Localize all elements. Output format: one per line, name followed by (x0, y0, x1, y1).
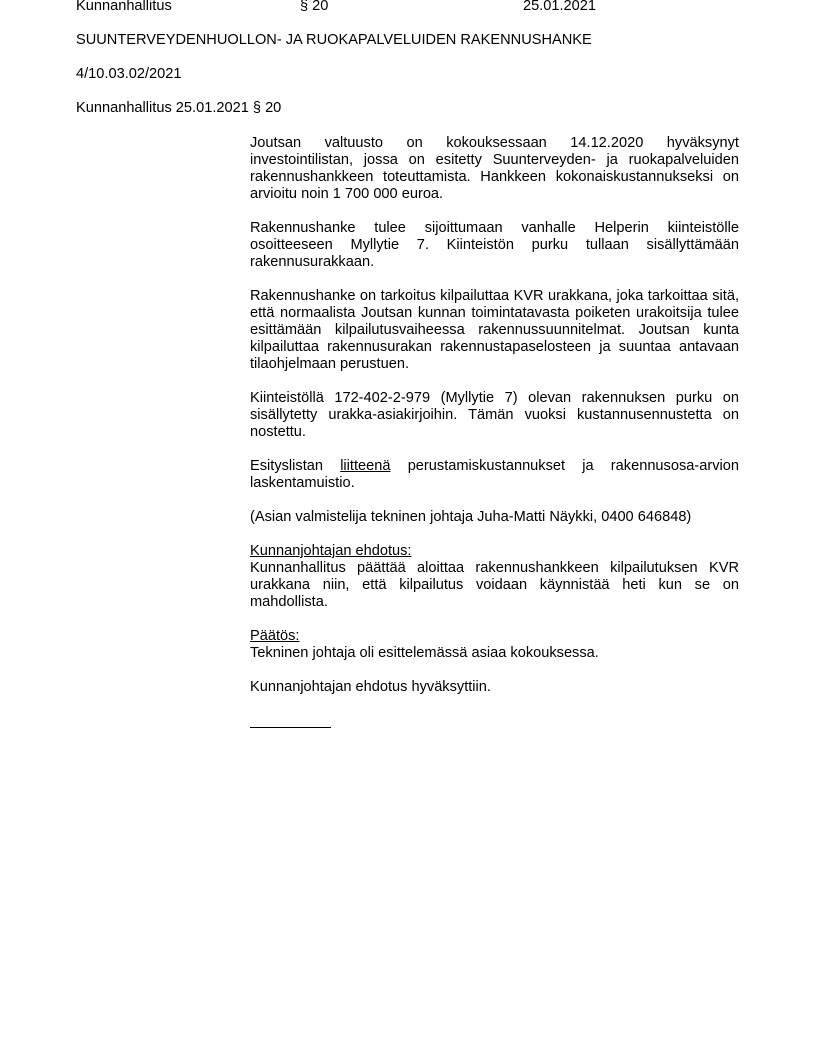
paragraph-location: Rakennushanke tulee sijoittumaan vanhall… (250, 220, 739, 271)
attachment-text-before: Esityslistan (250, 458, 340, 474)
header-date: 25.01.2021 (523, 0, 596, 14)
attachment-link[interactable]: liitteenä (340, 458, 390, 474)
meeting-reference: Kunnanhallitus 25.01.2021 § 20 (76, 100, 281, 116)
paragraph-kvr: Rakennushanke on tarkoitus kilpailuttaa … (250, 288, 739, 373)
document-title: SUUNTERVEYDENHUOLLON- JA RUOKAPALVELUIDE… (76, 32, 592, 48)
paragraph-preparer: (Asian valmistelija tekninen johtaja Juh… (250, 509, 739, 526)
proposal-block: Kunnanjohtajan ehdotus:Kunnanhallitus pä… (250, 543, 739, 611)
diary-number: 4/10.03.02/2021 (76, 66, 182, 82)
decision-result: Kunnanjohtajan ehdotus hyväksyttiin. (250, 679, 739, 696)
decision-text: Tekninen johtaja oli esittelemässä asiaa… (250, 645, 599, 661)
decision-block: Päätös:Tekninen johtaja oli esittelemäss… (250, 628, 739, 662)
paragraph-investment: Joutsan valtuusto on kokouksessaan 14.12… (250, 135, 739, 203)
document-body: Joutsan valtuusto on kokouksessaan 14.12… (250, 135, 739, 733)
paragraph-attachment: Esityslistan liitteenä perustamiskustann… (250, 458, 739, 492)
header-section: § 20 (300, 0, 328, 14)
document-header: Kunnanhallitus § 20 25.01.2021 (76, 0, 596, 18)
header-organ: Kunnanhallitus (76, 0, 172, 14)
end-divider (250, 713, 739, 733)
paragraph-demolition: Kiinteistöllä 172-402-2-979 (Myllytie 7)… (250, 390, 739, 441)
decision-heading: Päätös: (250, 628, 300, 644)
proposal-heading: Kunnanjohtajan ehdotus: (250, 543, 411, 559)
proposal-text: Kunnanhallitus päättää aloittaa rakennus… (250, 560, 739, 610)
